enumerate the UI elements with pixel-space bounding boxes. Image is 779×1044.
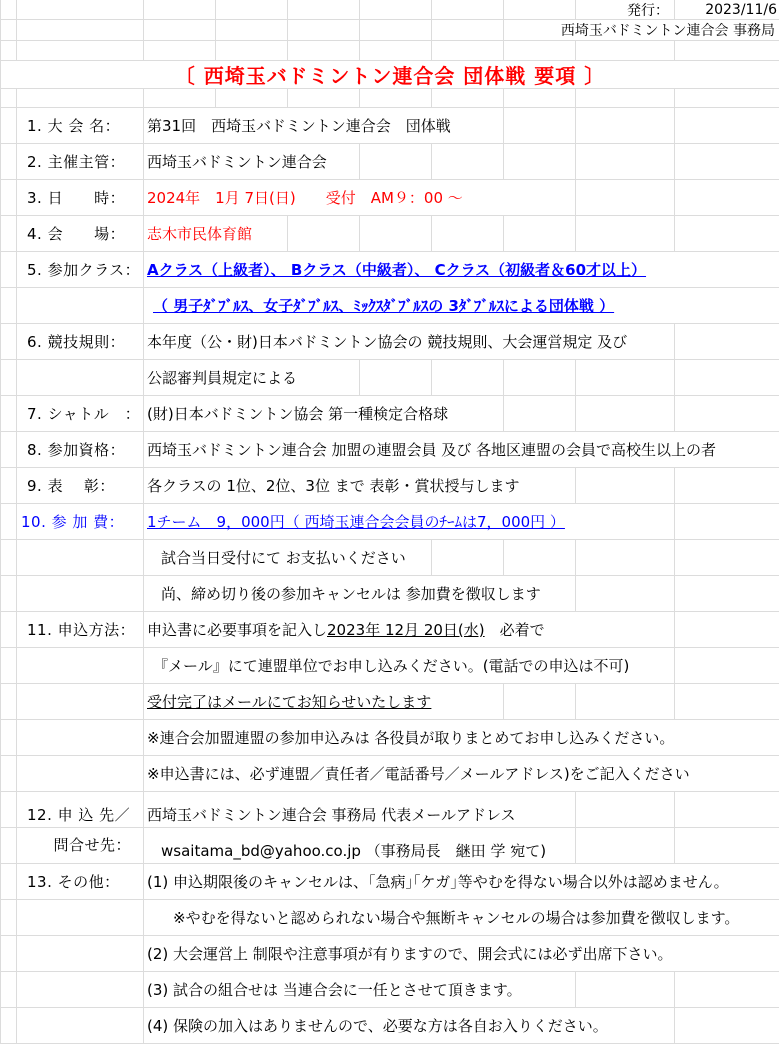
item-text: (財)日本バドミントン協会 第一種検定合格球 <box>147 403 448 424</box>
list-item: 『メール』にて連盟単位でお申し込みください。(電話での申込は不可) <box>0 648 779 684</box>
item-label: 問合せ先： <box>17 828 143 863</box>
item-value: (財)日本バドミントン協会 第一種検定合格球 <box>144 396 503 431</box>
item-label: 6. 競技規則： <box>17 324 143 359</box>
item-value: Aクラス（上級者）、 Bクラス（中級者）、 Cクラス（初級者＆60才以上） <box>144 252 779 287</box>
issue-date: 2023/11/6 <box>675 0 779 19</box>
item-label: 12. 申 込 先／ <box>17 792 143 827</box>
header-row-issuer: 西埼玉バドミントン連合会 事務局 <box>0 20 779 41</box>
deadline-text: 申込書に必要事項を記入し <box>147 619 327 640</box>
item-value: 志木市民体育館 <box>144 216 287 251</box>
header-row-issue-date: 発行： 2023/11/6 <box>0 0 779 20</box>
spacer-row <box>0 89 779 108</box>
list-item: 問合せ先：wsaitama_bd@yahoo.co.jp （事務局長 継田 学 … <box>0 828 779 864</box>
item-label: 3. 日 時： <box>17 180 143 215</box>
list-item: 6. 競技規則：本年度（公・財)日本バドミントン協会の 競技規則、大会運営規定 … <box>0 324 779 360</box>
list-item: 4. 会 場：志木市民体育館 <box>0 216 779 252</box>
item-text: 第31回 西埼玉バドミントン連合会 団体戦 <box>147 115 451 136</box>
item-text: 各クラスの 1位、2位、3位 まで 表彰・賞状授与します <box>147 475 520 496</box>
item-text: 志木市民体育館 <box>147 223 252 244</box>
list-item: 13. その他：(1) 申込期限後のキャンセルは、｢急病｣｢ケガ｣等やむを得ない… <box>0 864 779 900</box>
page-title: 〔 西埼玉バドミントン連合会 団体戦 要項 〕 <box>1 61 779 88</box>
list-item: （ 男子ﾀﾞﾌﾞﾙｽ、女子ﾀﾞﾌﾞﾙｽ、ﾐｯｸｽﾀﾞﾌﾞﾙｽの 3ﾀﾞﾌﾞﾙｽに… <box>0 288 779 324</box>
item-label: 13. その他： <box>17 864 143 899</box>
item-value: ※やむを得ないと認められない場合や無断キャンセルの場合は参加費を徴収します。 <box>144 900 779 935</box>
list-item: 7. シャトル ：(財)日本バドミントン協会 第一種検定合格球 <box>0 396 779 432</box>
item-text: (4) 保険の加入はありませんので、必要な方は各自お入りください。 <box>147 1015 608 1036</box>
list-item: 9. 表 彰：各クラスの 1位、2位、3位 まで 表彰・賞状授与します <box>0 468 779 504</box>
item-value: 公認審判員規定による <box>144 360 359 395</box>
list-item: 8. 参加資格：西埼玉バドミントン連合会 加盟の連盟会員 及び 各地区連盟の会員… <box>0 432 779 468</box>
item-text: 『メール』にて連盟単位でお申し込みください。(電話での申込は不可) <box>153 655 629 676</box>
item-text: 西埼玉バドミントン連合会 加盟の連盟会員 及び 各地区連盟の会員で高校生以上の者 <box>147 439 716 460</box>
item-value: 申込書に必要事項を記入し 2023年 12月 20日(水) 必着で <box>144 612 674 647</box>
item-text: ※申込書には、必ず連盟／責任者／電話番号／メールアドレス)をご記入ください <box>147 763 690 784</box>
list-item: ※連合会加盟連盟の参加申込みは 各役員が取りまとめてお申し込みください。 <box>0 720 779 756</box>
list-item: 公認審判員規定による <box>0 360 779 396</box>
list-item: (2) 大会運営上 制限や注意事項が有りますので、開会式には必ず出席下さい。 <box>0 936 779 972</box>
item-value: (2) 大会運営上 制限や注意事項が有りますので、開会式には必ず出席下さい。 <box>144 936 779 971</box>
item-label: 8. 参加資格： <box>17 432 143 467</box>
item-value: 試合当日受付にて お支払いください <box>144 540 431 575</box>
item-label: 5. 参加クラス： <box>17 252 143 287</box>
item-value: 西埼玉バドミントン連合会 加盟の連盟会員 及び 各地区連盟の会員で高校生以上の者 <box>144 432 779 467</box>
item-label: 4. 会 場： <box>17 216 143 251</box>
item-value: ※申込書には、必ず連盟／責任者／電話番号／メールアドレス)をご記入ください <box>144 756 779 791</box>
item-value: (4) 保険の加入はありませんので、必要な方は各自お入りください。 <box>144 1008 674 1043</box>
list-item: ※申込書には、必ず連盟／責任者／電話番号／メールアドレス)をご記入ください <box>0 756 779 792</box>
deadline-date: 2023年 12月 20日(水) <box>327 619 485 640</box>
list-item: 10. 参 加 費：1チーム 9，000円（ 西埼玉連合会会員のﾁｰﾑは7，00… <box>0 504 779 540</box>
list-item: 5. 参加クラス：Aクラス（上級者）、 Bクラス（中級者）、 Cクラス（初級者＆… <box>0 252 779 288</box>
item-text: (2) 大会運営上 制限や注意事項が有りますので、開会式には必ず出席下さい。 <box>147 943 673 964</box>
item-value: (3) 試合の組合せは 当連合会に一任とさせて頂きます。 <box>144 972 575 1007</box>
item-text: (3) 試合の組合せは 当連合会に一任とさせて頂きます。 <box>147 979 522 1000</box>
header-row-spacer <box>0 41 779 61</box>
issue-label: 発行： <box>576 0 673 19</box>
item-text: (1) 申込期限後のキャンセルは、｢急病｣｢ケガ｣等やむを得ない場合以外は認めま… <box>147 871 729 892</box>
list-item: 尚、締め切り後の参加キャンセルは 参加費を徴収します <box>0 576 779 612</box>
item-value: 『メール』にて連盟単位でお申し込みください。(電話での申込は不可) <box>144 648 674 683</box>
item-text: 西埼玉バドミントン連合会 <box>147 151 327 172</box>
item-value: 1チーム 9，000円（ 西埼玉連合会会員のﾁｰﾑは7，000円 ） <box>144 504 674 539</box>
item-value: 各クラスの 1位、2位、3位 まで 表彰・賞状授与します <box>144 468 575 503</box>
item-text: 西埼玉バドミントン連合会 事務局 代表メールアドレス <box>147 804 516 825</box>
list-item: (4) 保険の加入はありませんので、必要な方は各自お入りください。 <box>0 1008 779 1044</box>
issuer-name: 西埼玉バドミントン連合会 事務局 <box>540 20 779 40</box>
item-value: 西埼玉バドミントン連合会 <box>144 144 359 179</box>
item-value: 尚、締め切り後の参加キャンセルは 参加費を徴収します <box>144 576 575 611</box>
item-text: 尚、締め切り後の参加キャンセルは 参加費を徴収します <box>161 583 541 604</box>
item-value: wsaitama_bd@yahoo.co.jp （事務局長 継田 学 宛て) <box>144 828 575 863</box>
item-text: 2024年 1月 7日(日) 受付 AM９：00 ～ <box>147 187 463 208</box>
list-item: (3) 試合の組合せは 当連合会に一任とさせて頂きます。 <box>0 972 779 1008</box>
list-item: 2. 主催主管：西埼玉バドミントン連合会 <box>0 144 779 180</box>
list-item: 試合当日受付にて お支払いください <box>0 540 779 576</box>
item-value: ※連合会加盟連盟の参加申込みは 各役員が取りまとめてお申し込みください。 <box>144 720 779 755</box>
list-item: 受付完了はメールにてお知らせいたします <box>0 684 779 720</box>
list-item: ※やむを得ないと認められない場合や無断キャンセルの場合は参加費を徴収します。 <box>0 900 779 936</box>
item-text: ※やむを得ないと認められない場合や無断キャンセルの場合は参加費を徴収します。 <box>173 907 739 928</box>
list-item: 3. 日 時：2024年 1月 7日(日) 受付 AM９：00 ～ <box>0 180 779 216</box>
item-label: 11. 申込方法： <box>17 612 143 647</box>
item-text: wsaitama_bd@yahoo.co.jp （事務局長 継田 学 宛て) <box>161 840 546 861</box>
item-value: 2024年 1月 7日(日) 受付 AM９：00 ～ <box>144 180 575 215</box>
list-item: 11. 申込方法：申込書に必要事項を記入し 2023年 12月 20日(水) 必… <box>0 612 779 648</box>
item-value: 本年度（公・財)日本バドミントン協会の 競技規則、大会運営規定 及び <box>144 324 674 359</box>
item-text: 試合当日受付にて お支払いください <box>161 547 406 568</box>
item-text: 1チーム 9，000円（ 西埼玉連合会会員のﾁｰﾑは7，000円 ） <box>147 511 565 532</box>
item-label: 10. 参 加 費： <box>17 504 143 539</box>
item-value: 受付完了はメールにてお知らせいたします <box>144 684 503 719</box>
item-text: （ 男子ﾀﾞﾌﾞﾙｽ、女子ﾀﾞﾌﾞﾙｽ、ﾐｯｸｽﾀﾞﾌﾞﾙｽの 3ﾀﾞﾌﾞﾙｽに… <box>153 295 614 316</box>
item-value: 第31回 西埼玉バドミントン連合会 団体戦 <box>144 108 503 143</box>
title-row: 〔 西埼玉バドミントン連合会 団体戦 要項 〕 <box>0 61 779 89</box>
item-label: 9. 表 彰： <box>17 468 143 503</box>
item-text: ※連合会加盟連盟の参加申込みは 各役員が取りまとめてお申し込みください。 <box>147 727 674 748</box>
item-text: Aクラス（上級者）、 Bクラス（中級者）、 Cクラス（初級者＆60才以上） <box>147 259 646 280</box>
item-value: (1) 申込期限後のキャンセルは、｢急病｣｢ケガ｣等やむを得ない場合以外は認めま… <box>144 864 779 899</box>
item-value: 西埼玉バドミントン連合会 事務局 代表メールアドレス <box>144 792 575 827</box>
item-label: 2. 主催主管： <box>17 144 143 179</box>
item-text: 受付完了はメールにてお知らせいたします <box>147 691 431 712</box>
item-text: 本年度（公・財)日本バドミントン協会の 競技規則、大会運営規定 及び <box>147 331 627 352</box>
deadline-text: 必着で <box>485 619 545 640</box>
item-value: （ 男子ﾀﾞﾌﾞﾙｽ、女子ﾀﾞﾌﾞﾙｽ、ﾐｯｸｽﾀﾞﾌﾞﾙｽの 3ﾀﾞﾌﾞﾙｽに… <box>144 288 779 323</box>
item-label: 7. シャトル ： <box>17 396 143 431</box>
item-text: 公認審判員規定による <box>147 367 297 388</box>
item-label: 1. 大 会 名： <box>17 108 143 143</box>
list-item: 1. 大 会 名：第31回 西埼玉バドミントン連合会 団体戦 <box>0 108 779 144</box>
list-item: 12. 申 込 先／西埼玉バドミントン連合会 事務局 代表メールアドレス <box>0 792 779 828</box>
